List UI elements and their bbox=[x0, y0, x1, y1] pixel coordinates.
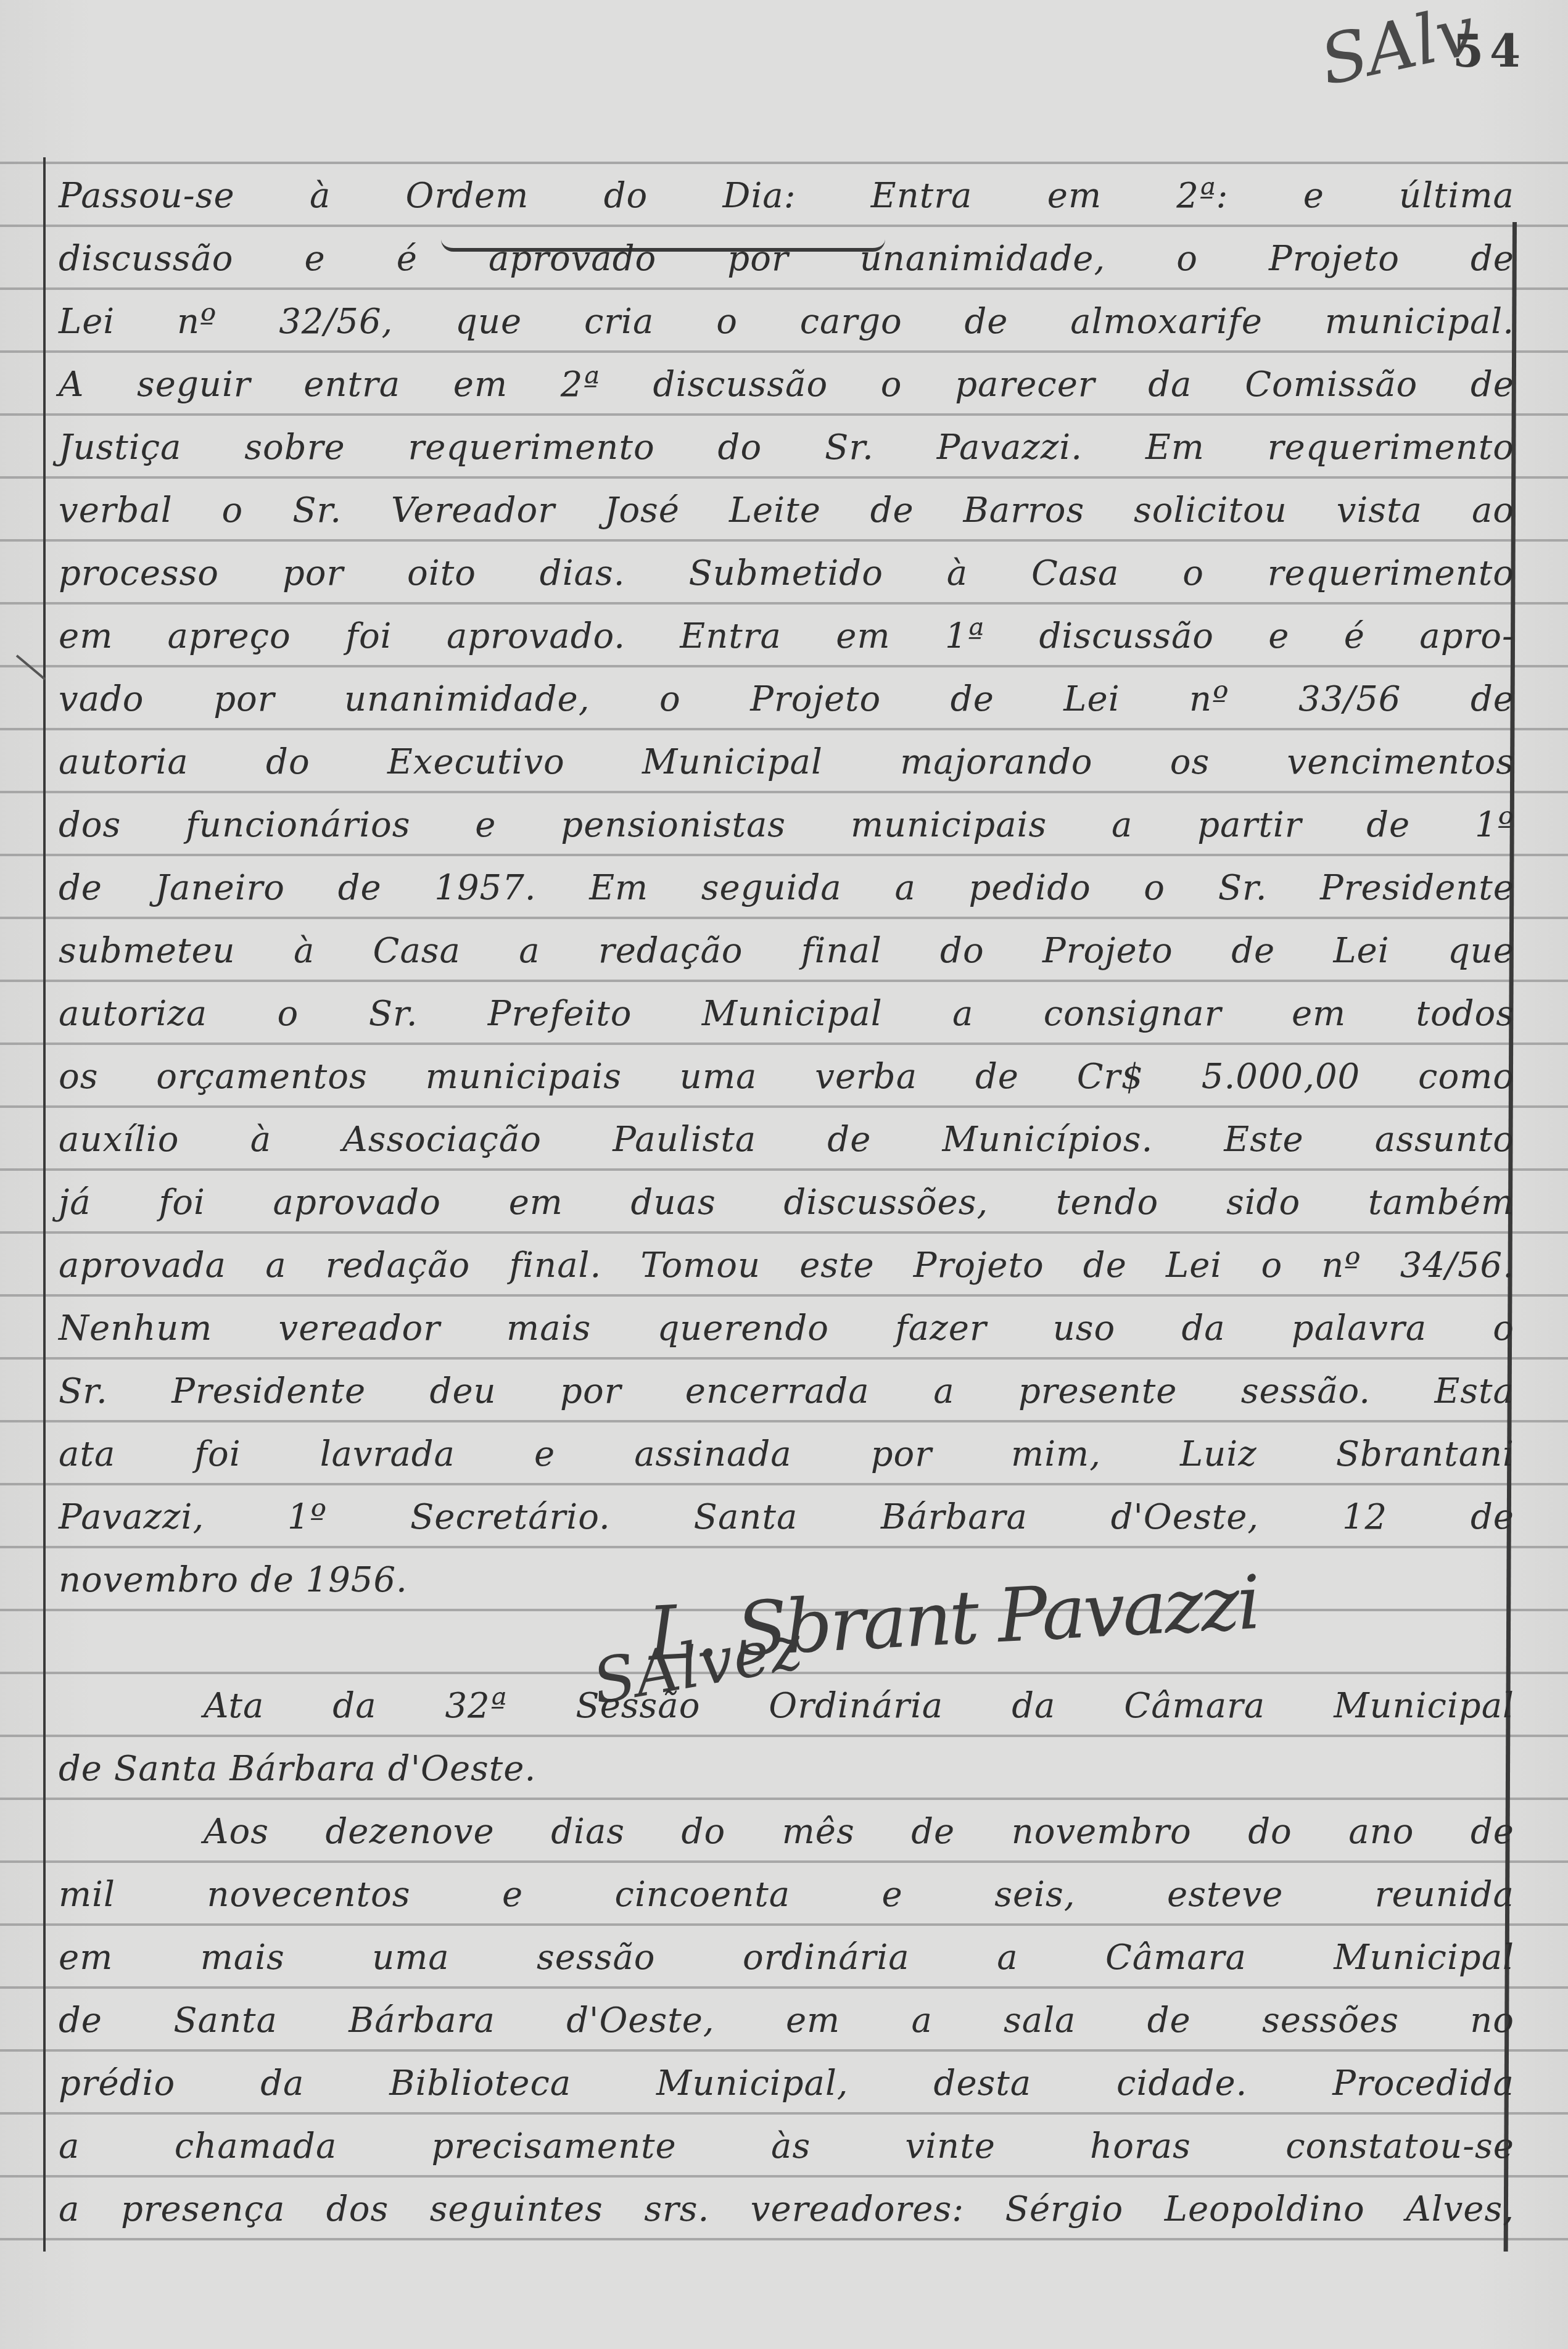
text-line: A seguir entra em 2ª discussão o parecer… bbox=[59, 354, 1514, 416]
text-line: Justiça sobre requerimento do Sr. Pavazz… bbox=[59, 417, 1514, 479]
text-line: processo por oito dias. Submetido à Casa… bbox=[59, 543, 1514, 605]
text-line: autoria do Executivo Municipal majorando… bbox=[59, 732, 1514, 793]
ledger-page: SAlv 54 Passou-se à Ordem do Dia: Entra … bbox=[0, 0, 1568, 2349]
text-line: mil novecentos e cincoenta e seis, estev… bbox=[59, 1864, 1514, 1926]
text-line: Pavazzi, 1º Secretário. Santa Bárbara d'… bbox=[59, 1487, 1514, 1548]
text-line: verbal o Sr. Vereador José Leite de Barr… bbox=[59, 480, 1514, 542]
text-line: discussão e é aprovado por unanimidade, … bbox=[59, 228, 1514, 290]
left-margin-line bbox=[43, 157, 46, 2252]
text-line: aprovada a redação final. Tomou este Pro… bbox=[59, 1235, 1514, 1297]
page-number: 54 bbox=[1453, 25, 1527, 77]
text-line: Aos dezenove dias do mês de novembro do … bbox=[204, 1801, 1514, 1863]
minutes-title-line: Ata da 32ª Sessão Ordinária da Câmara Mu… bbox=[204, 1675, 1514, 1737]
text-line: vado por unanimidade, o Projeto de Lei n… bbox=[59, 669, 1514, 730]
text-line: Lei nº 32/56, que cria o cargo de almoxa… bbox=[59, 291, 1514, 353]
text-line: Passou-se à Ordem do Dia: Entra em 2ª: e… bbox=[59, 165, 1514, 227]
text-line: autoriza o Sr. Prefeito Municipal a cons… bbox=[59, 983, 1514, 1045]
text-line: em apreço foi aprovado. Entra em 1ª disc… bbox=[59, 606, 1514, 667]
text-line: já foi aprovado em duas discussões, tend… bbox=[59, 1172, 1514, 1234]
text-line: a chamada precisamente às vinte horas co… bbox=[59, 2116, 1514, 2178]
text-line: os orçamentos municipais uma verba de Cr… bbox=[59, 1046, 1514, 1108]
ruled-line bbox=[0, 162, 1568, 164]
text-line: auxílio à Associação Paulista de Municíp… bbox=[59, 1109, 1514, 1171]
text-line: submeteu à Casa a redação final do Proje… bbox=[59, 920, 1514, 982]
text-line: ata foi lavrada e assinada por mim, Luiz… bbox=[59, 1424, 1514, 1485]
text-line: prédio da Biblioteca Municipal, desta ci… bbox=[59, 2053, 1514, 2115]
text-line: de Janeiro de 1957. Em seguida a pedido … bbox=[59, 857, 1514, 919]
text-line: novembro de 1956. bbox=[59, 1550, 552, 1611]
text-line: Sr. Presidente deu por encerrada a prese… bbox=[59, 1361, 1514, 1422]
text-line: em mais uma sessão ordinária a Câmara Mu… bbox=[59, 1927, 1514, 1989]
text-line: a presença dos seguintes srs. vereadores… bbox=[59, 2179, 1514, 2240]
text-line: de Santa Bárbara d'Oeste, em a sala de s… bbox=[59, 1990, 1514, 2052]
text-line: Nenhum vereador mais querendo fazer uso … bbox=[59, 1298, 1514, 1360]
text-line: dos funcionários e pensionistas municipa… bbox=[59, 795, 1514, 856]
margin-mark bbox=[16, 654, 46, 680]
minutes-title-line: de Santa Bárbara d'Oeste. bbox=[59, 1738, 860, 1800]
